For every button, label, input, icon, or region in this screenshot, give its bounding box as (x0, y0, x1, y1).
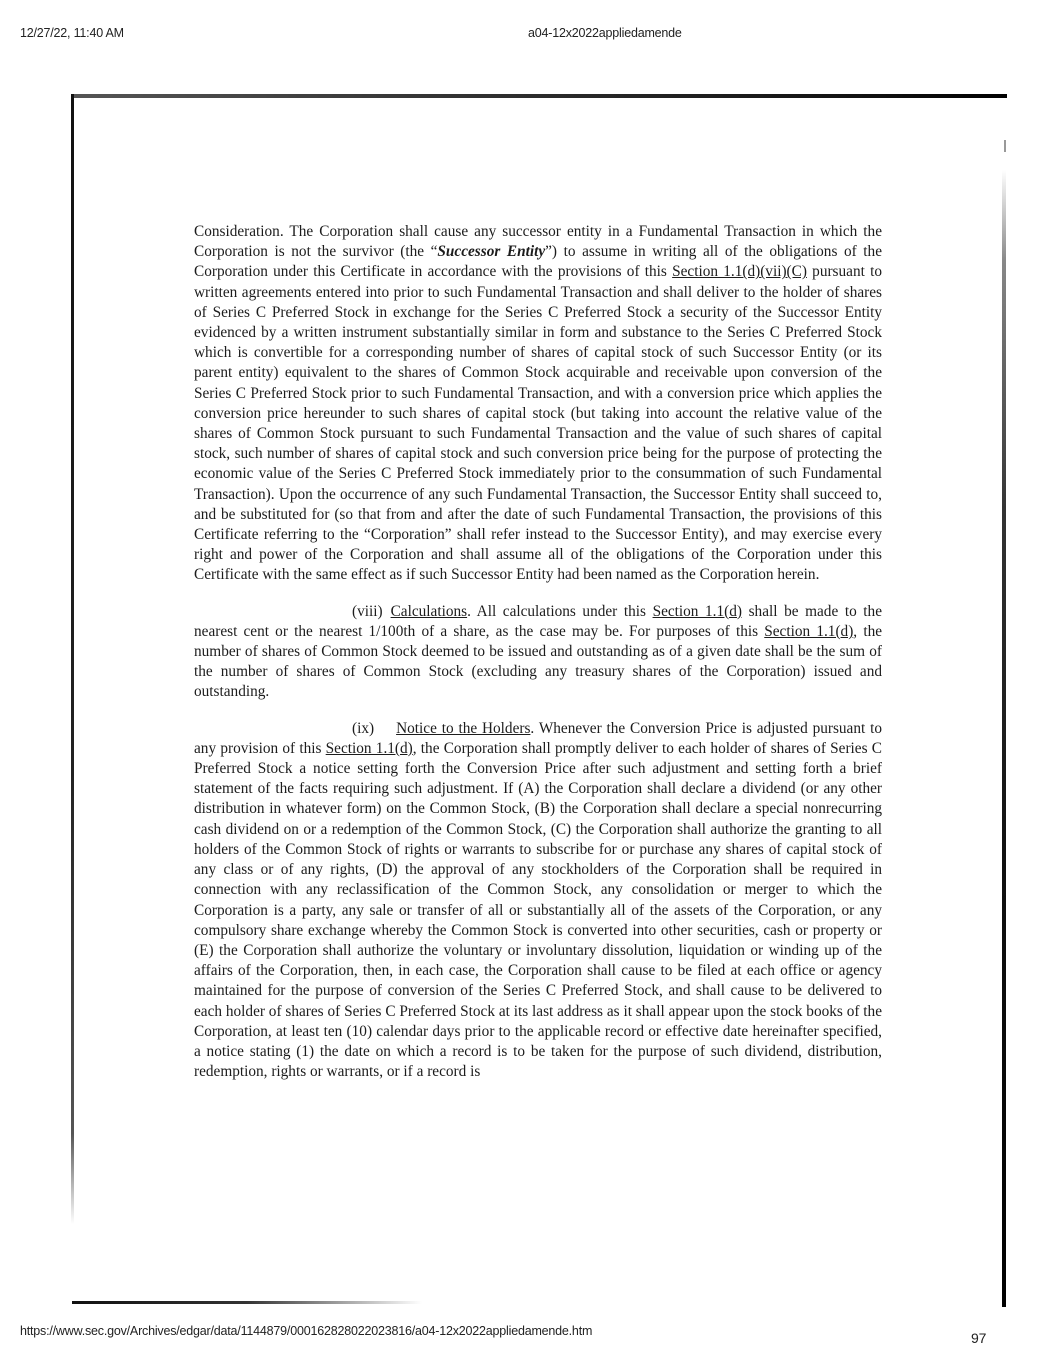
print-header-datetime: 12/27/22, 11:40 AM (20, 26, 124, 40)
paragraph-notice-to-holders: (ix)Notice to the Holders. Whenever the … (194, 719, 882, 1083)
clause-number: (viii) (352, 603, 383, 620)
section-reference: Section 1.1(d) (764, 623, 853, 640)
section-reference: Section 1.1(d) (653, 603, 742, 620)
scan-frame-top-border (72, 94, 1007, 98)
print-header-title: a04-12x2022appliedamende (528, 26, 682, 40)
scan-frame-left-border (71, 94, 74, 1224)
paragraph-successor-entity: Consideration. The Corporation shall cau… (194, 222, 882, 586)
print-footer-url: https://www.sec.gov/Archives/edgar/data/… (20, 1324, 592, 1338)
clause-heading: Calculations (391, 603, 467, 620)
defined-term: Successor Entity (437, 243, 545, 260)
scan-frame-bottom-border (72, 1301, 422, 1304)
scan-frame-right-border (1002, 170, 1006, 1307)
scan-frame-right-mark (1004, 140, 1006, 152)
paragraph-calculations: (viii)Calculations. All calculations und… (194, 602, 882, 703)
clause-number: (ix) (352, 720, 374, 737)
section-reference: Section 1.1(d)(vii)(C) (672, 263, 807, 280)
document-body: Consideration. The Corporation shall cau… (194, 222, 882, 1098)
page-number: 97 (971, 1330, 986, 1346)
clause-heading: Notice to the Holders (396, 720, 530, 737)
section-reference: Section 1.1(d) (326, 740, 413, 757)
